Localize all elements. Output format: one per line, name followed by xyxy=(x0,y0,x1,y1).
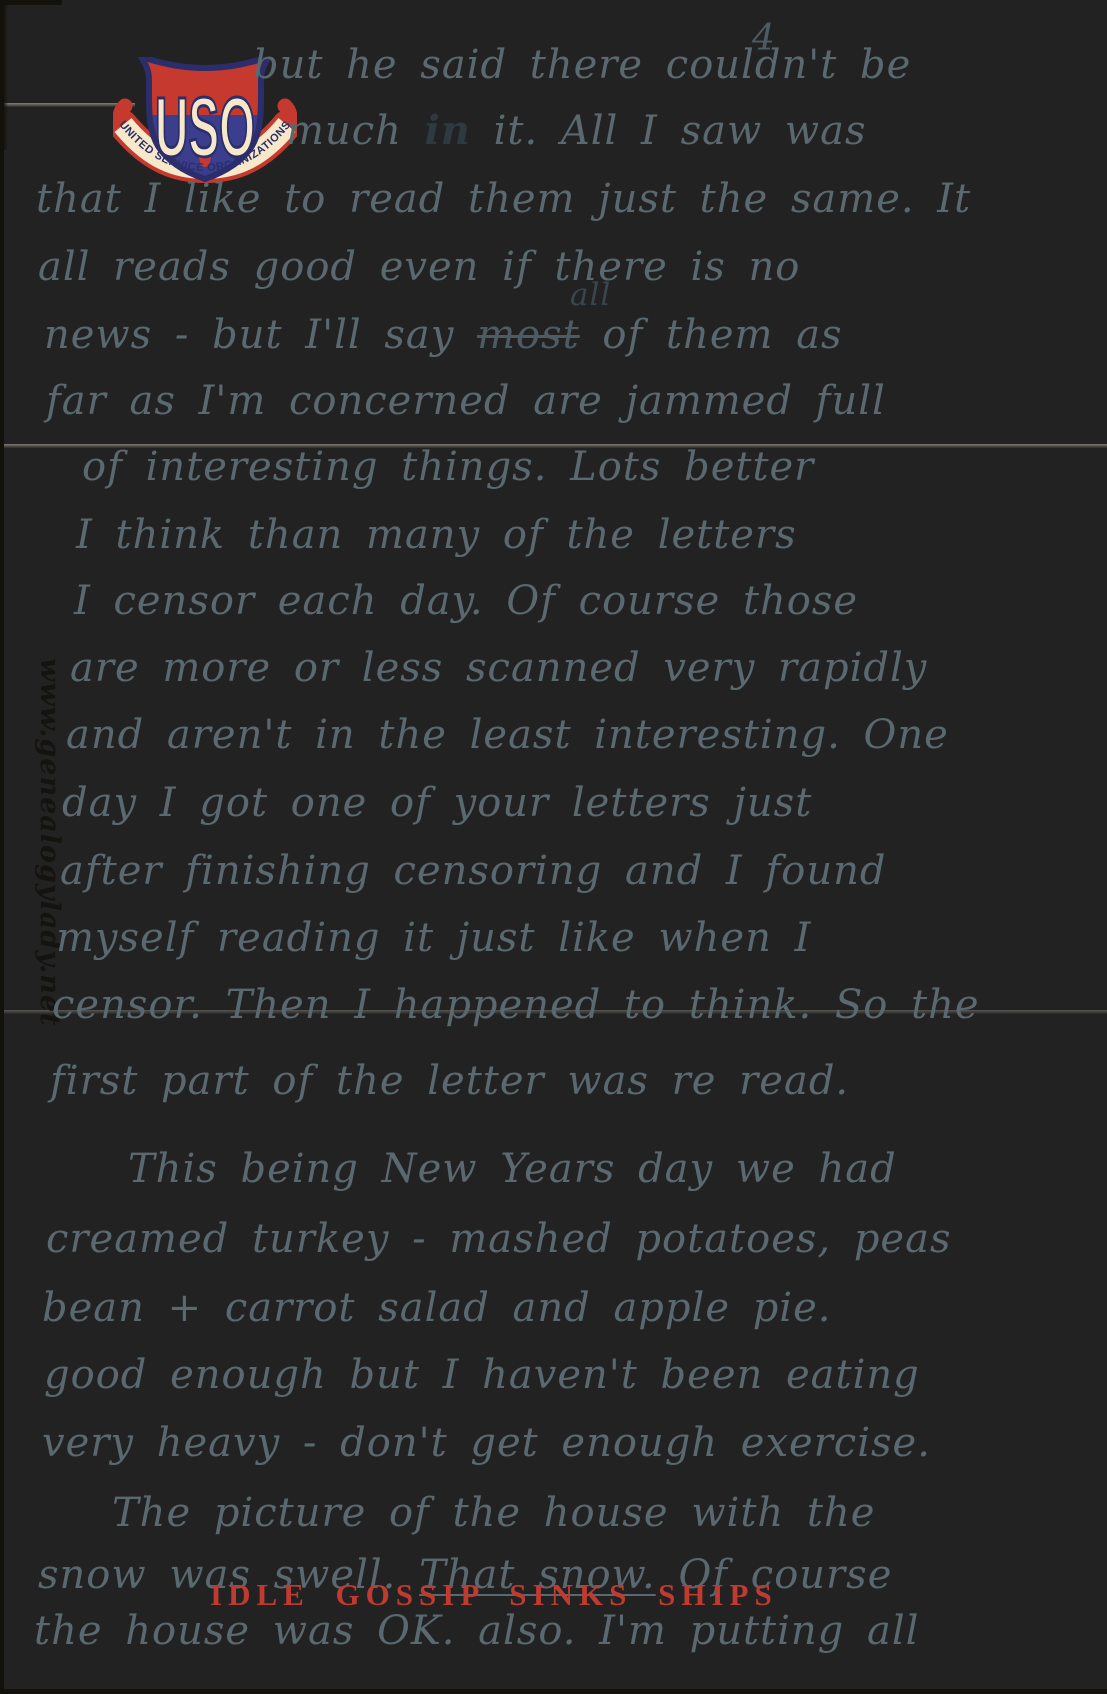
handwritten-line: but he said there couldn't be xyxy=(253,42,911,88)
struck-word: most xyxy=(477,312,580,358)
handwritten-line: the house was OK. also. I'm putting all xyxy=(34,1608,919,1654)
scan-edge-bottom xyxy=(0,1689,1107,1694)
scan-edge-top xyxy=(0,0,62,5)
handwritten-line: good enough but I haven't been eating xyxy=(44,1352,920,1398)
scan-edge-left xyxy=(0,0,4,1694)
handwritten-line: bean + carrot salad and apple pie. xyxy=(42,1285,831,1331)
line-segment: news - but I'll say xyxy=(44,312,477,358)
line-segment: it. All I saw was xyxy=(471,108,867,154)
handwritten-line: first part of the letter was re read. xyxy=(50,1058,849,1104)
handwritten-line: are more or less scanned very rapidly xyxy=(70,645,927,691)
overwritten-word: in xyxy=(425,107,471,154)
handwritten-line: censor. Then I happened to think. So the xyxy=(52,982,980,1028)
inserted-word: all xyxy=(570,278,611,314)
handwritten-line: much in it. All I saw was xyxy=(286,108,867,154)
handwritten-line: of interesting things. Lots better xyxy=(82,444,814,490)
handwritten-line: that I like to read them just the same. … xyxy=(36,176,971,222)
handwritten-line: far as I'm concerned are jammed full xyxy=(46,378,886,424)
handwritten-line: I think than many of the letters xyxy=(76,512,797,558)
handwritten-line: creamed turkey - mashed potatoes, peas xyxy=(46,1216,951,1262)
handwritten-line: The picture of the house with the xyxy=(112,1490,875,1536)
handwritten-line: and aren't in the least interesting. One xyxy=(66,712,949,758)
handwritten-line: day I got one of your letters just xyxy=(62,780,812,826)
handwritten-line: I censor each day. Of course those xyxy=(74,578,858,624)
handwritten-line: myself reading it just like when I xyxy=(56,915,811,961)
scanned-letter-page: USO UNITED SERVICE ORGANIZATIONS 4 www.g… xyxy=(0,0,1107,1694)
handwritten-line: all reads good even if there is no xyxy=(38,244,800,290)
handwritten-line: very heavy - don't get enough exercise. xyxy=(42,1420,931,1466)
handwritten-line: This being New Years day we had xyxy=(128,1146,897,1192)
line-segment: of them as xyxy=(580,312,843,358)
handwritten-line: news - but I'll say most of them as xyxy=(44,312,843,358)
handwritten-line: after finishing censoring and I found xyxy=(60,848,886,894)
line-segment: much xyxy=(286,108,425,154)
